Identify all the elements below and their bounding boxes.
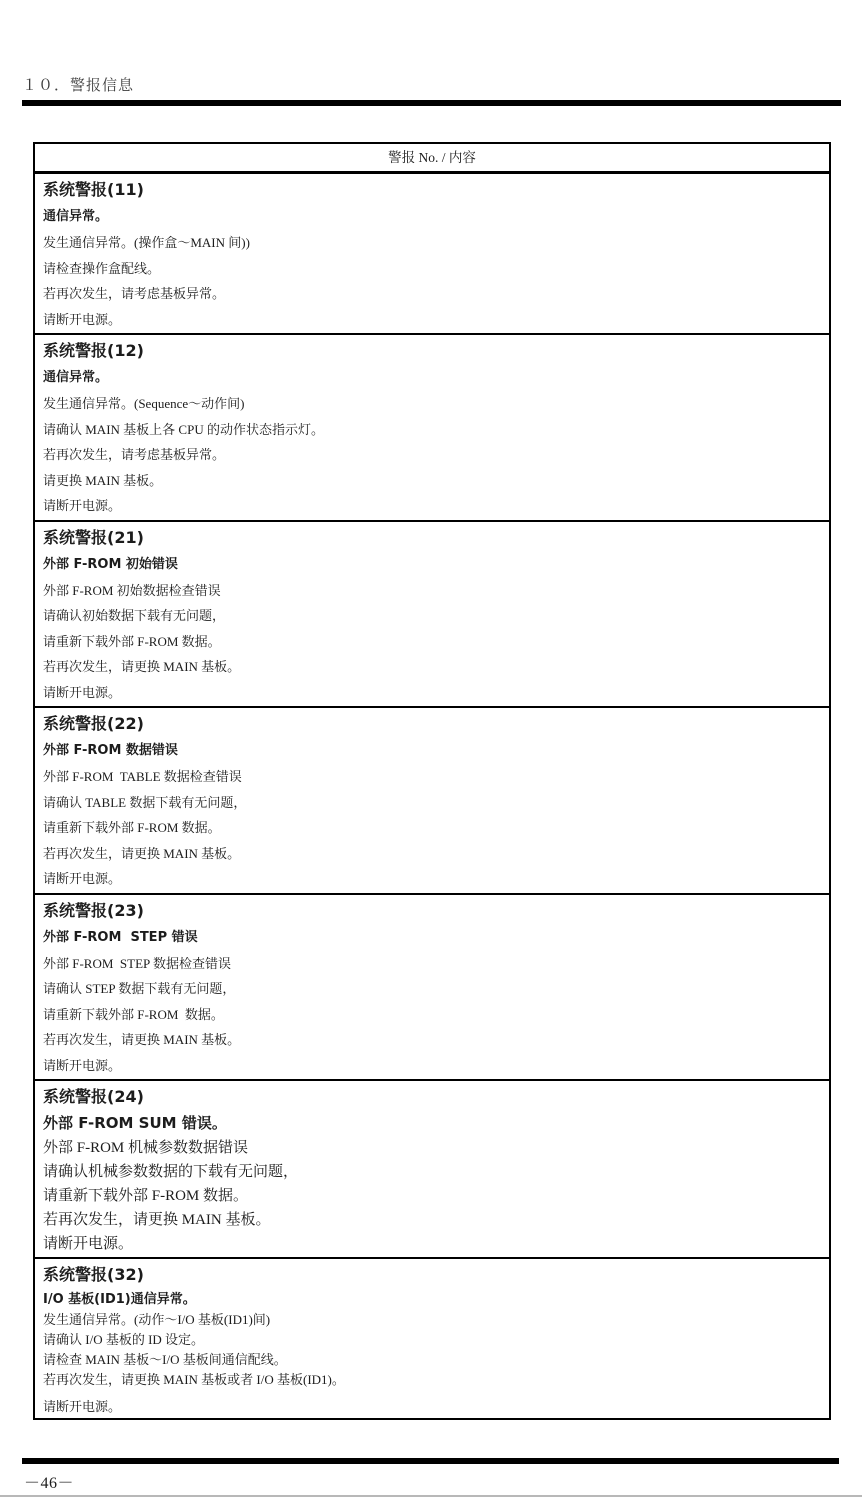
footer-rule (22, 1458, 839, 1464)
page-number: －46－ (24, 1470, 74, 1493)
alarm-row-32: 系统警报(32) I/O 基板(ID1)通信异常。 发生通信异常。(动作～I/O… (35, 1257, 829, 1418)
alarm-line: 请断开电源。 (43, 1397, 823, 1417)
alarm-line: 请断开电源。 (43, 307, 823, 333)
alarm-line: 发生通信异常。(动作～I/O 基板(ID1)间) (43, 1310, 823, 1330)
alarm-subtitle: 外部 F-ROM 数据错误 (43, 738, 823, 764)
alarm-line: 请重新下载外部 F-ROM 数据。 (43, 1002, 823, 1028)
alarm-line: 请确认 MAIN 基板上各 CPU 的动作状态指示灯。 (43, 417, 823, 443)
alarm-line: 请断开电源。 (43, 866, 823, 892)
alarm-line: 请重新下载外部 F-ROM 数据。 (43, 815, 823, 841)
alarm-title: 系统警报(12) (43, 337, 823, 365)
bottom-edge-line (0, 1495, 862, 1497)
alarm-title: 系统警报(11) (43, 176, 823, 204)
alarm-row-24: 系统警报(24) 外部 F-ROM SUM 错误。 外部 F-ROM 机械参数数… (35, 1079, 829, 1257)
alarm-line: 请确认 STEP 数据下载有无问题， (43, 976, 823, 1002)
header-rule (22, 100, 841, 106)
alarm-row-12: 系统警报(12) 通信异常。 发生通信异常。(Sequence～动作间) 请确认… (35, 333, 829, 520)
alarm-line: 外部 F-ROM 机械参数数据错误 (43, 1136, 823, 1160)
alarm-row-11: 系统警报(11) 通信异常。 发生通信异常。(操作盒～MAIN 间)) 请检查操… (35, 174, 829, 333)
alarm-row-22: 系统警报(22) 外部 F-ROM 数据错误 外部 F-ROM TABLE 数据… (35, 706, 829, 893)
table-header: 警报 No. / 内容 (35, 144, 829, 174)
alarm-line: 若再次发生，请更换 MAIN 基板。 (43, 654, 823, 680)
alarm-line: 请断开电源。 (43, 1232, 823, 1256)
alarm-subtitle: 外部 F-ROM SUM 错误。 (43, 1111, 823, 1136)
alarm-line: 若再次发生，请更换 MAIN 基板。 (43, 841, 823, 867)
alarm-line: 若再次发生，请考虑基板异常。 (43, 442, 823, 468)
alarm-line: 请检查 MAIN 基板～I/O 基板间通信配线。 (43, 1350, 823, 1370)
alarm-line: 发生通信异常。(操作盒～MAIN 间)) (43, 230, 823, 256)
alarm-subtitle: 通信异常。 (43, 365, 823, 391)
alarm-title: 系统警报(32) (43, 1261, 823, 1289)
alarm-line: 若再次发生，请考虑基板异常。 (43, 281, 823, 307)
alarm-line: 请重新下载外部 F-ROM 数据。 (43, 1184, 823, 1208)
alarm-line: 请确认 I/O 基板的 ID 设定。 (43, 1330, 823, 1350)
alarm-subtitle: 通信异常。 (43, 204, 823, 230)
alarm-row-23: 系统警报(23) 外部 F-ROM STEP 错误 外部 F-ROM STEP … (35, 893, 829, 1080)
alarm-line: 请确认机械参数数据的下载有无问题， (43, 1160, 823, 1184)
alarm-line: 外部 F-ROM STEP 数据检查错误 (43, 951, 823, 977)
alarm-line: 发生通信异常。(Sequence～动作间) (43, 391, 823, 417)
alarm-line: 请更换 MAIN 基板。 (43, 468, 823, 494)
manual-page: １０．警报信息 警报 No. / 内容 系统警报(11) 通信异常。 发生通信异… (0, 0, 862, 1503)
alarm-line: 请确认 TABLE 数据下载有无问题， (43, 790, 823, 816)
alarm-title: 系统警报(23) (43, 897, 823, 925)
alarm-subtitle: I/O 基板(ID1)通信异常。 (43, 1289, 823, 1310)
alarm-line: 若再次发生，请更换 MAIN 基板。 (43, 1208, 823, 1232)
alarm-line: 外部 F-ROM 初始数据检查错误 (43, 578, 823, 604)
alarm-title: 系统警报(24) (43, 1083, 823, 1111)
alarm-line: 请检查操作盒配线。 (43, 256, 823, 282)
alarm-line: 若再次发生，请更换 MAIN 基板或者 I/O 基板(ID1)。 (43, 1370, 823, 1390)
alarm-line: 请重新下载外部 F-ROM 数据。 (43, 629, 823, 655)
alarm-line: 请确认初始数据下载有无问题， (43, 603, 823, 629)
alarm-subtitle: 外部 F-ROM STEP 错误 (43, 925, 823, 951)
alarm-subtitle: 外部 F-ROM 初始错误 (43, 552, 823, 578)
alarm-row-21: 系统警报(21) 外部 F-ROM 初始错误 外部 F-ROM 初始数据检查错误… (35, 520, 829, 707)
alarm-line: 请断开电源。 (43, 493, 823, 519)
alarm-line: 若再次发生，请更换 MAIN 基板。 (43, 1027, 823, 1053)
alarm-title: 系统警报(21) (43, 524, 823, 552)
chapter-title: １０．警报信息 (22, 74, 134, 95)
alarm-title: 系统警报(22) (43, 710, 823, 738)
alarm-line: 请断开电源。 (43, 1053, 823, 1079)
alarm-line: 请断开电源。 (43, 680, 823, 706)
alarm-table: 警报 No. / 内容 系统警报(11) 通信异常。 发生通信异常。(操作盒～M… (33, 142, 831, 1420)
alarm-line: 外部 F-ROM TABLE 数据检查错误 (43, 764, 823, 790)
